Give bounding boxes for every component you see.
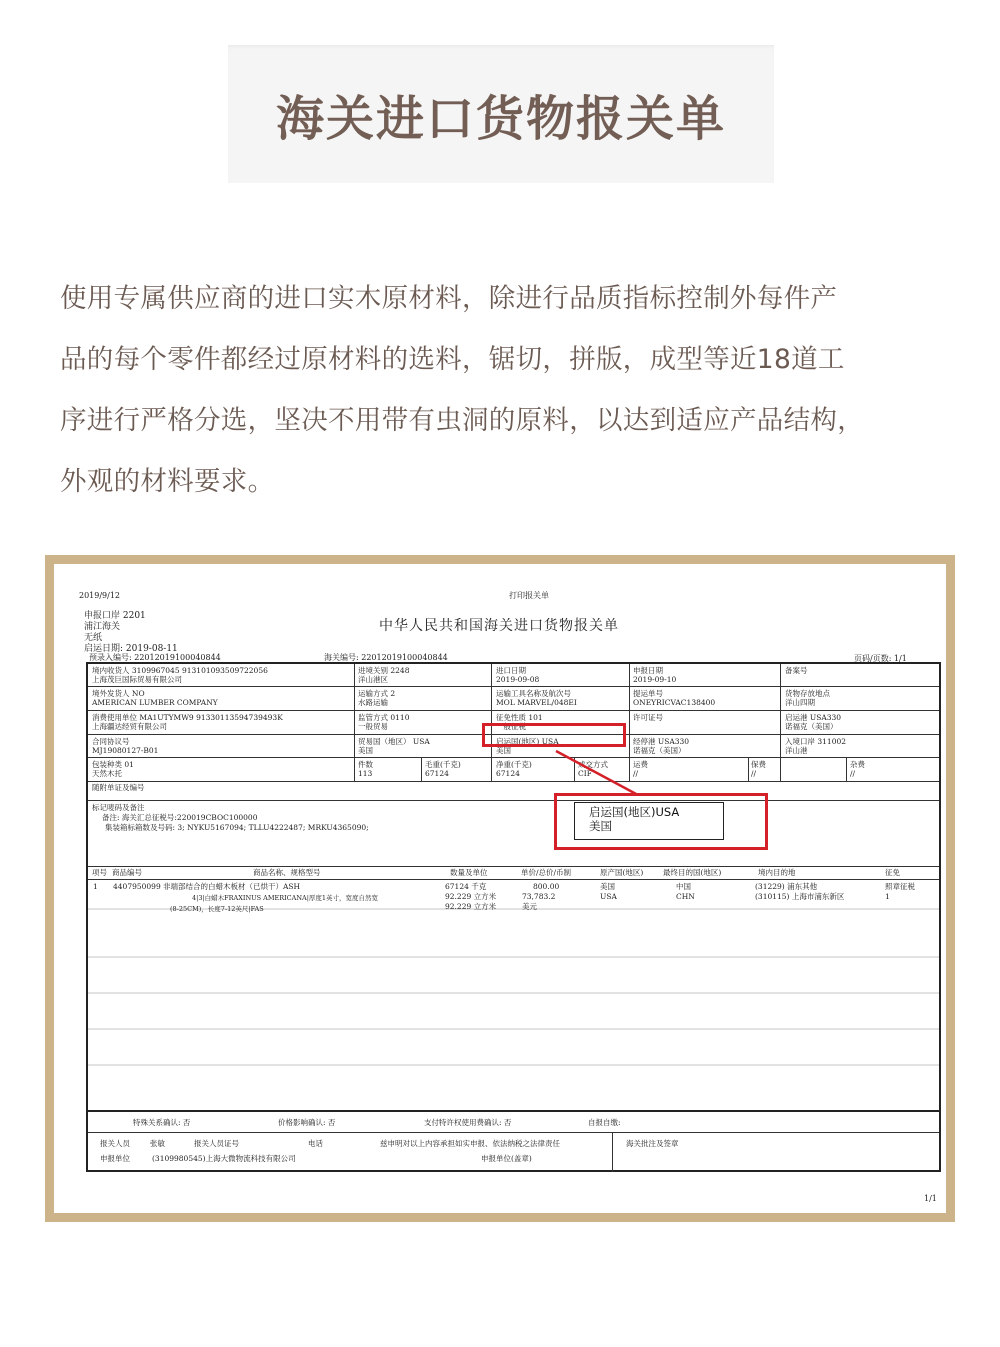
item-dest-country-code: CHN: [676, 892, 695, 902]
import-date-value: 2019-09-08: [496, 675, 539, 685]
bill-value: ONEYRICVAC138400: [633, 698, 715, 708]
col-header-dest-country: 最终目的国(地区): [663, 868, 721, 878]
supervision-value: 一般贸易: [358, 722, 388, 732]
consignee-value: 上海茂巨国际贸易有限公司: [92, 675, 182, 685]
item-domestic-dest: (31229) 浦东其他: [755, 882, 817, 892]
record-no-label: 备案号: [785, 666, 808, 676]
pieces-value: 113: [358, 769, 372, 779]
intro-line: 序进行严格分选，坚决不用带有虫洞的原料，以达到适应产品结构，: [60, 390, 960, 451]
print-label: 打印报关单: [509, 591, 549, 601]
trade-country-value: 美国: [358, 746, 373, 756]
col-header-price: 单价/总价/币制: [521, 868, 571, 878]
declare-unit-value: (3109980545)上海大微物流科技有限公司: [152, 1154, 296, 1164]
document-frame: 2019/9/12 打印报关单 申报口岸 2201 浦江海关 无纸 启运日期: …: [45, 555, 955, 1222]
col-header-tax: 征免: [885, 868, 900, 878]
item-no: 1: [93, 882, 98, 892]
customs-sign-label: 海关批注及签章: [626, 1139, 679, 1149]
license-label: 许可证号: [633, 713, 663, 723]
item-qty: 92.229 立方米: [445, 902, 496, 912]
col-header-code: 商品编号: [112, 868, 142, 878]
col-header-origin: 原产国(地区): [600, 868, 643, 878]
remark-containers: 集装箱标箱数及号码: 3; NYKU5167094; TLLU4222487; …: [105, 823, 369, 833]
item-qty: 67124 千克: [445, 882, 486, 892]
gross-weight-value: 67124: [425, 769, 449, 779]
page-footer: 1/1: [924, 1194, 937, 1204]
callout-line: 美国: [589, 819, 723, 833]
item-domestic-region: (310115) 上海市浦东新区: [755, 892, 844, 902]
price-influence-confirm: 价格影响确认: 否: [278, 1118, 335, 1128]
net-weight-value: 67124: [496, 769, 520, 779]
item-unit-price: 800.00: [533, 882, 559, 892]
item-name: 非端部结合的白蜡木板材（已烘干）ASH: [163, 882, 300, 892]
departure-port-value: 诺福克（美国）: [785, 722, 838, 732]
print-date: 2019/9/12: [79, 591, 120, 601]
entry-port-value: 洋山港: [785, 746, 808, 756]
remark-tax-no: 备注: 海关汇总征税号:220019CBOC100000: [102, 813, 257, 823]
storage-value: 洋山四期: [785, 698, 815, 708]
contract-value: MJ19080127-B01: [92, 746, 158, 756]
col-header-no: 项号: [92, 868, 107, 878]
declarant-name: 张敏: [150, 1139, 165, 1149]
declarant-id-label: 报关人员证号: [194, 1139, 239, 1149]
insurance-value: //: [751, 769, 756, 779]
declarant-label: 报关人员: [100, 1139, 130, 1149]
item-tax-mode: 照章征税: [885, 882, 915, 892]
legal-statement: 兹申明对以上内容承担如实申报、依法纳税之法律责任: [380, 1139, 560, 1149]
item-dest-country: 中国: [676, 882, 691, 892]
customs-declaration-form: 2019/9/12 打印报关单 申报口岸 2201 浦江海关 无纸 启运日期: …: [54, 564, 946, 1213]
callout-note: 启运国(地区)USA 美国: [574, 802, 724, 840]
intro-line: 品的每个零件都经过原材料的选料，锯切，拼版，成型等近18道工: [60, 329, 960, 390]
declare-unit-label: 申报单位: [100, 1154, 130, 1164]
item-code: 4407950099: [113, 882, 161, 892]
intro-paragraph: 使用专属供应商的进口实木原材料，除进行品质指标控制外每件产 品的每个零件都经过原…: [60, 268, 960, 512]
declare-date-value: 2019-09-10: [633, 675, 676, 685]
transport-mode-value: 水路运输: [358, 698, 388, 708]
attached-docs-label: 随附单证及编号: [92, 783, 145, 793]
intro-line: 使用专属供应商的进口实木原材料，除进行品质指标控制外每件产: [60, 268, 960, 329]
title-banner: 海关进口货物报关单: [228, 45, 774, 183]
col-header-name: 商品名称、规格型号: [253, 868, 321, 878]
item-origin: 美国: [600, 882, 615, 892]
entry-customs-value: 洋山港区: [358, 675, 388, 685]
item-spec: 4|3|白蜡木FRAXINUS AMERICANA|厚度1英寸，宽度自然宽: [192, 893, 378, 903]
seal-label: 申报单位(盖章): [481, 1154, 532, 1164]
self-report: 自报自缴:: [588, 1118, 621, 1128]
vessel-value: MOL MARVEL/048EI: [496, 698, 577, 708]
item-total-price: 73,783.2: [522, 892, 555, 902]
paperless-label: 无纸: [84, 633, 102, 644]
item-qty: 92.229 立方米: [445, 892, 496, 902]
consumer-value: 上海疆达经贸有限公司: [92, 722, 167, 732]
customs-office: 浦江海关: [84, 622, 120, 633]
misc-fee-value: //: [850, 769, 855, 779]
royalty-confirm: 支付特许权使用费确认: 否: [424, 1118, 511, 1128]
item-spec-cont: (8-25CM)，长度7-12英尺|FAS: [170, 904, 264, 914]
marks-label: 标记唛码及备注: [92, 803, 145, 813]
col-header-domestic-dest: 境内目的地: [758, 868, 796, 878]
intro-line: 外观的材料要求。: [60, 451, 960, 512]
shipper-value: AMERICAN LUMBER COMPANY: [92, 698, 218, 708]
highlight-box: [482, 723, 626, 747]
item-currency: 美元: [522, 902, 537, 912]
item-origin-code: USA: [600, 892, 617, 902]
declare-port: 申报口岸 2201: [84, 611, 146, 622]
page-title: 海关进口货物报关单: [276, 80, 726, 149]
origin-country-value: 美国: [496, 746, 511, 756]
phone-label: 电话: [308, 1139, 323, 1149]
callout-line: 启运国(地区)USA: [589, 805, 723, 819]
item-tax-code: 1: [885, 892, 890, 902]
package-value: 天然木托: [92, 769, 122, 779]
special-relation-confirm: 特殊关系确认: 否: [133, 1118, 190, 1128]
col-header-qty: 数量及单位: [450, 868, 488, 878]
form-title: 中华人民共和国海关进口货物报关单: [379, 618, 619, 634]
